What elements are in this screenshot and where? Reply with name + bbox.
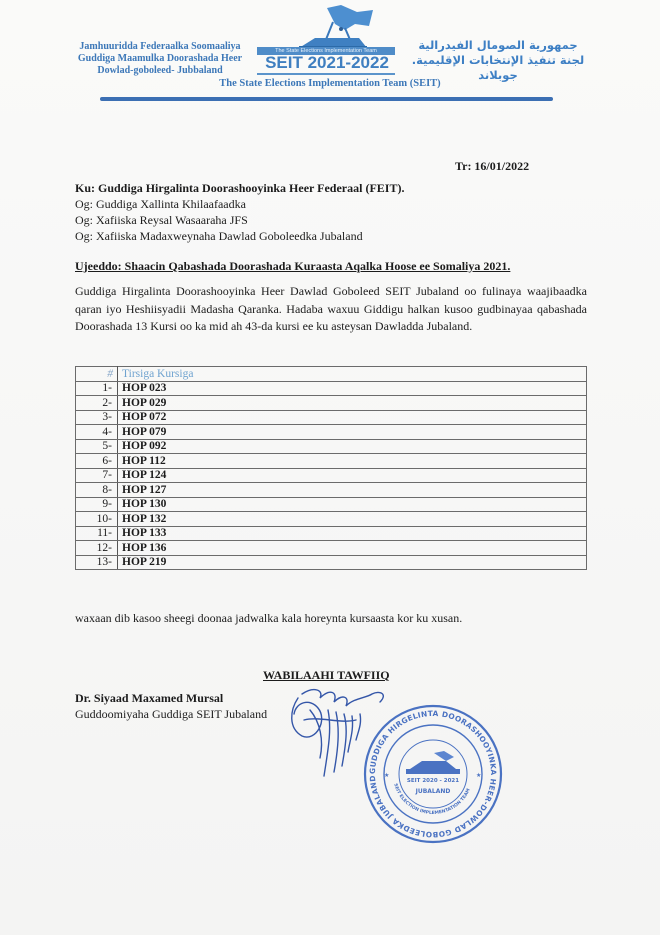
letter-body: Guddiga Hirgalinta Doorashooyinka Heer D… — [75, 283, 587, 336]
row-number: 10- — [76, 512, 118, 527]
seat-code: HOP 092 — [118, 439, 587, 454]
row-number: 1- — [76, 381, 118, 396]
svg-text:★: ★ — [384, 772, 389, 779]
seat-code: HOP 072 — [118, 410, 587, 425]
letterhead-arabic: جمهورية الصومال الفيدرالية لجنة تنفيذ ال… — [400, 38, 596, 83]
row-number: 3- — [76, 410, 118, 425]
table-row: 12-HOP 136 — [76, 541, 587, 556]
letter-closing: waxaan dib kasoo sheegi doonaa jadwalka … — [75, 611, 462, 626]
row-number: 7- — [76, 468, 118, 483]
seat-code: HOP 023 — [118, 381, 587, 396]
seat-code: HOP 127 — [118, 483, 587, 498]
table-row: 6-HOP 112 — [76, 454, 587, 469]
table-row: 8-HOP 127 — [76, 483, 587, 498]
row-number: 2- — [76, 396, 118, 411]
seats-table-body: 1-HOP 0232-HOP 0293-HOP 0724-HOP 0795-HO… — [76, 381, 587, 570]
table-row: 7-HOP 124 — [76, 468, 587, 483]
table-row: 2-HOP 029 — [76, 396, 587, 411]
seats-table: # Tirsiga Kursiga 1-HOP 0232-HOP 0293-HO… — [75, 366, 587, 570]
table-row: 9-HOP 130 — [76, 497, 587, 512]
table-row: 5-HOP 092 — [76, 439, 587, 454]
letter-date: Tr: 16/01/2022 — [455, 159, 529, 174]
table-row: 4-HOP 079 — [76, 425, 587, 440]
row-number: 6- — [76, 454, 118, 469]
letterhead-subtitle: The State Elections Implementation Team … — [60, 78, 600, 89]
official-stamp-icon: GUDDIGA HIRGELINTA DOORASHOOYINKA HEER-D… — [362, 703, 504, 845]
letterhead-line: Dowlad-goboleed- Jubbaland — [62, 65, 258, 77]
row-number: 9- — [76, 497, 118, 512]
table-header-row: # Tirsiga Kursiga — [76, 367, 587, 382]
row-number: 8- — [76, 483, 118, 498]
table-row: 13-HOP 219 — [76, 555, 587, 570]
signer-name: Dr. Siyaad Maxamed Mursal — [75, 691, 223, 706]
recipient-to: Ku: Guddiga Hirgalinta Doorashooyinka He… — [75, 180, 404, 196]
recipient-cc: Og: Guddiga Xallinta Khilaafaadka — [75, 196, 404, 212]
table-row: 1-HOP 023 — [76, 381, 587, 396]
recipient-cc: Og: Xafiiska Madaxweynaha Dawlad Gobolee… — [75, 228, 404, 244]
seat-code: HOP 130 — [118, 497, 587, 512]
seat-code: HOP 219 — [118, 555, 587, 570]
row-number: 13- — [76, 555, 118, 570]
column-header-number: # — [76, 367, 118, 382]
letterhead-line: Jamhuuridda Federaalka Soomaaliya — [62, 41, 258, 53]
row-number: 4- — [76, 425, 118, 440]
row-number: 5- — [76, 439, 118, 454]
logo-title: SEIT 2021-2022 — [254, 53, 400, 73]
seat-code: HOP 079 — [118, 425, 587, 440]
row-number: 11- — [76, 526, 118, 541]
recipients-block: Ku: Guddiga Hirgalinta Doorashooyinka He… — [75, 180, 404, 244]
letterhead-divider — [100, 97, 553, 101]
seat-code: HOP 112 — [118, 454, 587, 469]
row-number: 12- — [76, 541, 118, 556]
table-row: 11-HOP 133 — [76, 526, 587, 541]
recipient-cc: Og: Xafiiska Reysal Wasaaraha JFS — [75, 212, 404, 228]
svg-text:★: ★ — [476, 772, 481, 779]
letterhead-line: جمهورية الصومال الفيدرالية — [400, 38, 596, 53]
column-header-seat: Tirsiga Kursiga — [118, 367, 587, 382]
stamp-label: JUBALAND — [415, 788, 451, 795]
letter-page: Jamhuuridda Federaalka Soomaaliya Guddig… — [0, 0, 660, 935]
logo-underline — [257, 73, 395, 75]
seat-code: HOP 132 — [118, 512, 587, 527]
seat-code: HOP 133 — [118, 526, 587, 541]
seat-code: HOP 029 — [118, 396, 587, 411]
seat-code: HOP 124 — [118, 468, 587, 483]
letterhead-line: Guddiga Maamulka Doorashada Heer — [62, 53, 258, 65]
signer-title: Guddoomiyaha Guddiga SEIT Jubaland — [75, 707, 267, 722]
table-row: 10-HOP 132 — [76, 512, 587, 527]
table-row: 3-HOP 072 — [76, 410, 587, 425]
stamp-year: SEIT 2020 - 2021 — [407, 778, 459, 784]
letter-subject: Ujeeddo: Shaacin Qabashada Doorashada Ku… — [75, 259, 510, 274]
letterhead-somali: Jamhuuridda Federaalka Soomaaliya Guddig… — [62, 41, 258, 77]
seat-code: HOP 136 — [118, 541, 587, 556]
